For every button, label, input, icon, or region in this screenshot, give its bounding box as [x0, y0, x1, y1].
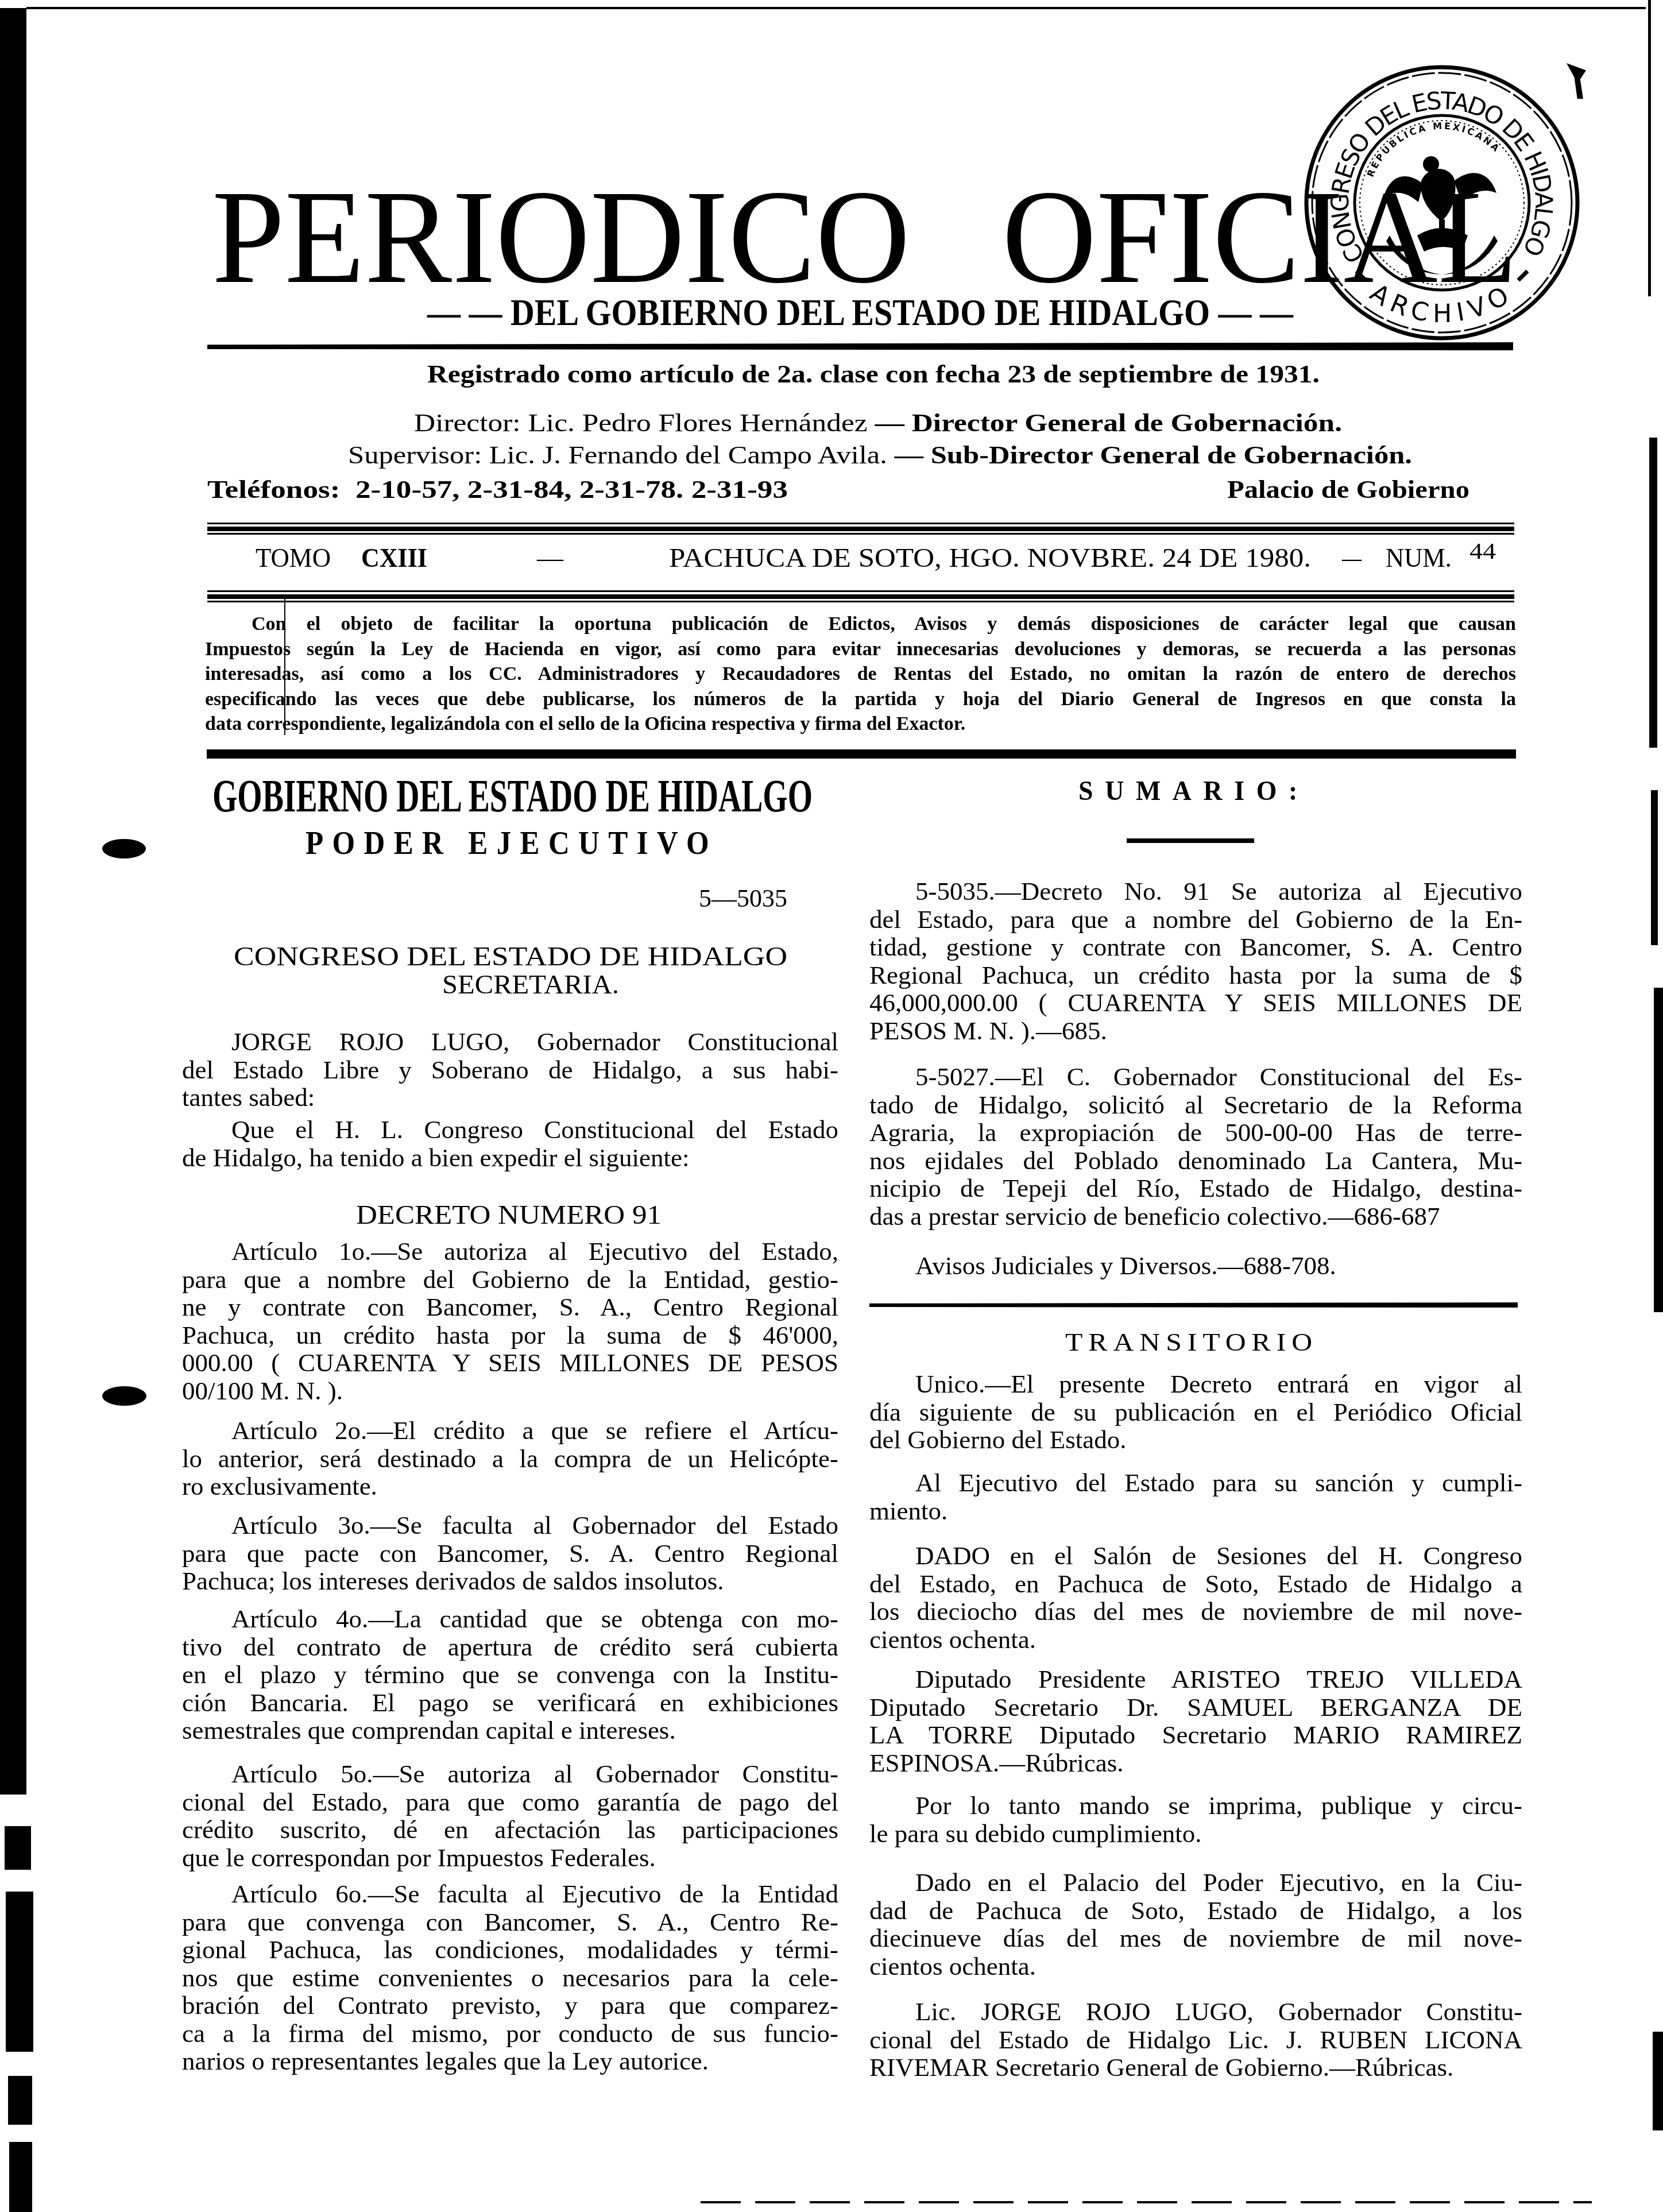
text-line: Artículo 6o.—Se faculta al Ejecutivo de … [182, 1880, 838, 1908]
text-line: le para su debido cumplimiento. [869, 1820, 1522, 1848]
article-5: Artículo 5o.—Se autoriza al Gobernador C… [182, 1760, 838, 1871]
seal-dash-right [1518, 271, 1527, 280]
section-rule [207, 749, 1516, 759]
text-line: cional del Estado de Hidalgo Lic. J. RUB… [869, 2026, 1522, 2054]
text-line: PESOS M. N. ).—685. [869, 1017, 1522, 1045]
executive-branch-heading: PODER EJECUTIVO [305, 826, 718, 860]
summary-item-expropriation: 5-5027.—El C. Gobernador Constitucional … [869, 1063, 1522, 1230]
line-text: cientos ochenta. [869, 1626, 1036, 1654]
line-text: 5-5035.—Decreto No. 91 Se autoriza al Ej… [915, 877, 1522, 906]
text-line: gional Pachuca, las condiciones, modalid… [182, 1936, 838, 1964]
transitory-article: Unico.—El presente Decreto entrará en vi… [869, 1370, 1522, 1454]
line-text: del Estado, para que a nombre del Gobier… [869, 906, 1522, 934]
line-text: del Estado, en Pachuca de Soto, Estado d… [869, 1570, 1522, 1598]
line-text: Artículo 5o.—Se autoriza al Gobernador C… [231, 1760, 838, 1788]
tomo-number: CXIII [361, 545, 427, 571]
line-text: para que pacte con Bancomer, S. A. Centr… [182, 1540, 838, 1568]
text-line: lo anterior, será destinado a la compra … [182, 1445, 838, 1473]
text-line: nicipio de Tepeji del Río, Estado de Hid… [869, 1174, 1522, 1202]
line-text: 46,000,000.00 ( CUARENTA Y SEIS MILLONES… [869, 989, 1522, 1017]
line-text: data correspondiente, legalizándola con … [205, 711, 965, 737]
line-text: Pachuca, un crédito hasta por la suma de… [182, 1321, 838, 1349]
publication-notice: Con el objeto de facilitar la oportuna p… [205, 612, 1516, 737]
text-line: Avisos Judiciales y Diversos.—688-708. [869, 1252, 1522, 1280]
line-text: tantes sabed: [182, 1084, 315, 1112]
text-line: 5-5027.—El C. Gobernador Constitucional … [869, 1063, 1522, 1091]
line-text: del Estado Libre y Soberano de Hidalgo, … [182, 1056, 838, 1084]
issuer-office: SECRETARIA. [442, 972, 619, 998]
issuer-heading: CONGRESO DEL ESTADO DE HIDALGO [234, 943, 787, 970]
line-text: 5-5027.—El C. Gobernador Constitucional … [915, 1063, 1522, 1091]
text-line: tado de Hidalgo, solicitó al Secretario … [869, 1091, 1522, 1119]
text-line: Agraria, la expropiación de 500-00-00 Ha… [869, 1119, 1522, 1147]
scan-left-edge-mark [5, 1826, 31, 1870]
line-text: das a prestar servicio de beneficio cole… [869, 1202, 1440, 1231]
text-line: Dado en el Palacio del Poder Ejecutivo, … [869, 1869, 1522, 1897]
line-text: ESPINOSA.—Rúbricas. [869, 1749, 1124, 1777]
scan-left-edge-mark [6, 1892, 33, 2052]
text-line: miento. [869, 1497, 1522, 1525]
tomo-label: TOMO [256, 545, 331, 571]
line-text: semestrales que comprendan capital e int… [182, 1716, 676, 1745]
scan-left-edge-mark [9, 2142, 32, 2212]
line-text: DADO en el Salón de Sesiones del H. Cong… [915, 1542, 1522, 1570]
text-line: cientos ochenta. [869, 1952, 1522, 1981]
line-text: Diputado Secretario Dr. SAMUEL BERGANZA … [869, 1693, 1522, 1722]
supervisor-title: — Sub-Director General de Gobernación. [895, 440, 1412, 469]
line-text: miento. [869, 1497, 947, 1525]
address: Palacio de Gobierno [1227, 477, 1469, 502]
text-line: Con el objeto de facilitar la oportuna p… [205, 612, 1516, 637]
line-text: Regional Pachuca, un crédito hasta por l… [869, 961, 1522, 989]
article-3: Artículo 3o.—Se faculta al Gobernador de… [182, 1511, 838, 1595]
text-line: DADO en el Salón de Sesiones del H. Cong… [869, 1542, 1522, 1570]
scan-right-edge-mark [1654, 988, 1663, 1312]
file-number: 5—5035 [699, 885, 787, 911]
scan-top-edge-line [26, 7, 1646, 9]
paragraph-governor-signatures: Lic. JORGE ROJO LUGO, Gobernador Constit… [869, 1998, 1522, 2082]
paragraph-publication-order: Por lo tanto mando se imprima, publique … [869, 1792, 1522, 1847]
article-4: Artículo 4o.—La cantidad que se obtenga … [182, 1605, 838, 1745]
line-text: para que convenga con Bancomer, S. A., C… [182, 1908, 838, 1936]
line-text: los dieciocho días del mes de noviembre … [869, 1598, 1522, 1626]
text-line: tivo del contrato de apertura de crédito… [182, 1633, 838, 1661]
line-text: Artículo 6o.—Se faculta al Ejecutivo de … [231, 1880, 838, 1908]
margin-ink-blot [102, 1386, 146, 1406]
line-text: nos ejidales del Poblado denominado La C… [869, 1147, 1522, 1175]
text-line: bración del Contrato previsto, y para qu… [182, 1991, 838, 2020]
text-line: ca a la firma del mismo, por conducto de… [182, 2020, 838, 2048]
text-line: Unico.—El presente Decreto entrará en vi… [869, 1370, 1522, 1398]
line-text: lo anterior, será destinado a la compra … [182, 1445, 838, 1473]
paragraph-deputies-signatures: Diputado Presidente ARISTEO TREJO VILLED… [869, 1665, 1522, 1777]
text-line: Diputado Presidente ARISTEO TREJO VILLED… [869, 1665, 1522, 1693]
line-text: Al Ejecutivo del Estado para su sanción … [915, 1469, 1522, 1497]
text-line: para que a nombre del Gobierno de la Ent… [182, 1266, 838, 1294]
line-text: JORGE ROJO LUGO, Gobernador Constitucion… [231, 1028, 838, 1056]
text-line: ción Bancaria. El pago se verificará en … [182, 1689, 838, 1717]
text-line: del Estado, en Pachuca de Soto, Estado d… [869, 1570, 1522, 1598]
text-line: Por lo tanto mando se imprima, publique … [869, 1792, 1522, 1820]
line-text: 00/100 M. N. ). [182, 1377, 343, 1405]
line-text: 000.00 ( CUARENTA Y SEIS MILLONES DE PES… [182, 1349, 838, 1377]
text-line: Lic. JORGE ROJO LUGO, Gobernador Constit… [869, 1998, 1522, 2026]
text-line: Impuestos según la Ley de Hacienda en vi… [205, 637, 1516, 662]
issue-separator: — [537, 545, 563, 571]
phones-value: 2-10-57, 2-31-84, 2-31-78. 2-31-93 [355, 475, 788, 504]
text-line: del Estado Libre y Soberano de Hidalgo, … [182, 1056, 838, 1084]
line-text: interesadas, así como a los CC. Administ… [205, 662, 1516, 687]
line-text: le para su debido cumplimiento. [869, 1820, 1202, 1848]
text-line: Pachuca; los intereses derivados de sald… [182, 1567, 838, 1595]
line-text: Avisos Judiciales y Diversos.—688-708. [915, 1252, 1336, 1280]
line-text: Artículo 1o.—Se autoriza al Ejecutivo de… [231, 1238, 838, 1266]
masthead-title-word-periodico: PERIODICO [212, 171, 910, 304]
scan-right-edge-mark [1653, 2032, 1663, 2130]
scan-right-edge-mark [1649, 438, 1657, 748]
text-line: crédito suscrito, dé en afectación las p… [182, 1816, 838, 1844]
line-text: crédito suscrito, dé en afectación las p… [182, 1816, 838, 1844]
director-line: Director: Lic. Pedro Flores Hernández — … [414, 410, 1342, 436]
line-text: Lic. JORGE ROJO LUGO, Gobernador Constit… [915, 1998, 1522, 2026]
issue-place-date: PACHUCA DE SOTO, HGO. NOVBRE. 24 DE 1980… [669, 545, 1311, 571]
line-text: Dado en el Palacio del Poder Ejecutivo, … [915, 1869, 1522, 1897]
text-line: que le correspondan por Impuestos Federa… [182, 1844, 838, 1872]
text-line: narios o representantes legales que la L… [182, 2047, 838, 2075]
line-text: nos que estime convenientes o necesarios… [182, 1964, 838, 1992]
text-line: Que el H. L. Congreso Constitucional del… [182, 1116, 838, 1144]
text-line: Artículo 4o.—La cantidad que se obtenga … [182, 1605, 838, 1633]
summary-heading: SUMARIO: [1078, 778, 1309, 805]
double-rule-bottom [207, 590, 1514, 603]
line-text: RIVEMAR Secretario General de Gobierno.—… [869, 2054, 1453, 2082]
scan-bottom-line [701, 2201, 1592, 2203]
line-text: en el plazo y término que se convenga co… [182, 1661, 838, 1689]
line-text: especificando las veces que debe publica… [205, 687, 1516, 712]
line-text: ne y contrate con Bancomer, S. A., Centr… [182, 1293, 838, 1321]
supervisor-name: Supervisor: Lic. J. Fernando del Campo A… [348, 440, 887, 469]
line-text: bración del Contrato previsto, y para qu… [182, 1991, 838, 2020]
decree-title: DECRETO NUMERO 91 [356, 1202, 662, 1228]
text-line: Diputado Secretario Dr. SAMUEL BERGANZA … [869, 1693, 1522, 1722]
phones-label: Teléfonos: [207, 475, 340, 504]
line-text: LA TORRE Diputado Secretario MARIO RAMIR… [869, 1721, 1522, 1749]
line-text: Agraria, la expropiación de 500-00-00 Ha… [869, 1119, 1522, 1147]
line-text: Impuestos según la Ley de Hacienda en vi… [205, 637, 1516, 662]
text-line: ne y contrate con Bancomer, S. A., Centr… [182, 1293, 838, 1321]
line-text: ción Bancaria. El pago se verificará en … [182, 1689, 838, 1717]
article-1: Artículo 1o.—Se autoriza al Ejecutivo de… [182, 1238, 838, 1405]
text-line: cional del Estado, para que como garantí… [182, 1788, 838, 1816]
line-text: narios o representantes legales que la L… [182, 2047, 709, 2075]
text-line: del Gobierno del Estado. [869, 1426, 1522, 1454]
text-line: 00/100 M. N. ). [182, 1377, 838, 1405]
line-text: de Hidalgo, ha tenido a bien expedir el … [182, 1144, 689, 1172]
text-line: nos que estime convenientes o necesarios… [182, 1964, 838, 1992]
registration-notice: Registrado como artículo de 2a. clase co… [427, 362, 1320, 387]
line-text: Pachuca; los intereses derivados de sald… [182, 1567, 724, 1595]
director-name: Director: Lic. Pedro Flores Hernández [414, 408, 868, 437]
line-text: tidad, gestione y contrate con Bancomer,… [869, 933, 1522, 961]
text-line: Regional Pachuca, un crédito hasta por l… [869, 961, 1522, 989]
text-line: Pachuca, un crédito hasta por la suma de… [182, 1321, 838, 1349]
margin-ink-blot [102, 839, 146, 858]
text-line: nos ejidales del Poblado denominado La C… [869, 1147, 1522, 1175]
line-text: Artículo 3o.—Se faculta al Gobernador de… [231, 1511, 838, 1540]
paragraph-sanction: Al Ejecutivo del Estado para su sanción … [869, 1469, 1522, 1525]
line-text: PESOS M. N. ).—685. [869, 1017, 1107, 1045]
supervisor-line: Supervisor: Lic. J. Fernando del Campo A… [348, 442, 1412, 468]
scan-left-edge-mark [8, 2076, 32, 2125]
text-line: de Hidalgo, ha tenido a bien expedir el … [182, 1144, 838, 1172]
text-line: ESPINOSA.—Rúbricas. [869, 1749, 1522, 1777]
text-line: Artículo 2o.—El crédito a que se refiere… [182, 1417, 838, 1445]
transitory-heading: TRANSITORIO [1065, 1330, 1318, 1355]
line-text: tado de Hidalgo, solicitó al Secretario … [869, 1091, 1522, 1119]
text-line: Artículo 3o.—Se faculta al Gobernador de… [182, 1511, 838, 1540]
text-line: diecinueve días del mes de noviembre de … [869, 1924, 1522, 1952]
summary-item-decree: 5-5035.—Decreto No. 91 Se autoriza al Ej… [869, 877, 1522, 1045]
text-line: los dieciocho días del mes de noviembre … [869, 1598, 1522, 1626]
text-line: semestrales que comprendan capital e int… [182, 1716, 838, 1745]
masthead-title-text: PERIODICO [212, 171, 910, 304]
text-line: día siguiente de su publicación en el Pe… [869, 1398, 1522, 1426]
text-line: para que convenga con Bancomer, S. A., C… [182, 1908, 838, 1936]
line-text: dad de Pachuca de Soto, Estado de Hidalg… [869, 1897, 1522, 1925]
scan-right-edge-mark [1651, 790, 1658, 945]
masthead-title-text: OFICIAL [1002, 171, 1518, 304]
line-text: diecinueve días del mes de noviembre de … [869, 1924, 1522, 1952]
line-text: gional Pachuca, las condiciones, modalid… [182, 1936, 838, 1964]
line-text: para que a nombre del Gobierno de la Ent… [182, 1266, 838, 1294]
line-text: que le correspondan por Impuestos Federa… [182, 1844, 656, 1872]
text-line: LA TORRE Diputado Secretario MARIO RAMIR… [869, 1721, 1522, 1749]
text-line: del Estado, para que a nombre del Gobier… [869, 906, 1522, 934]
text-line: Artículo 5o.—Se autoriza al Gobernador C… [182, 1760, 838, 1788]
text-line: das a prestar servicio de beneficio cole… [869, 1202, 1522, 1231]
text-line: en el plazo y término que se convenga co… [182, 1661, 838, 1689]
line-text: cientos ochenta. [869, 1952, 1036, 1981]
text-line: JORGE ROJO LUGO, Gobernador Constitucion… [182, 1028, 838, 1056]
masthead-title-word-oficial: OFICIAL [1002, 171, 1518, 304]
paragraph-given-congress: DADO en el Salón de Sesiones del H. Cong… [869, 1542, 1522, 1653]
article-2: Artículo 2o.—El crédito a que se refiere… [182, 1417, 838, 1501]
text-line: dad de Pachuca de Soto, Estado de Hidalg… [869, 1897, 1522, 1925]
line-text: Con el objeto de facilitar la oportuna p… [252, 612, 1516, 637]
text-line: ro exclusivamente. [182, 1472, 838, 1501]
summary-heading-rule [1127, 838, 1254, 843]
text-line: interesadas, así como a los CC. Administ… [205, 662, 1516, 687]
scan-left-edge-strip [0, 8, 26, 1795]
line-text: Artículo 4o.—La cantidad que se obtenga … [231, 1605, 838, 1633]
paragraph-governor-intro: JORGE ROJO LUGO, Gobernador Constitucion… [182, 1028, 838, 1112]
issue-separator: — [1342, 545, 1362, 571]
line-text: día siguiente de su publicación en el Pe… [869, 1398, 1522, 1426]
line-text: tivo del contrato de apertura de crédito… [182, 1633, 838, 1661]
issue-number-label: NUM. [1386, 545, 1452, 571]
line-text: Diputado Presidente ARISTEO TREJO VILLED… [915, 1665, 1522, 1693]
summary-item-notices: Avisos Judiciales y Diversos.—688-708. [869, 1252, 1522, 1280]
text-line: data correspondiente, legalizándola con … [205, 711, 1516, 737]
line-text: Por lo tanto mando se imprima, publique … [915, 1792, 1522, 1820]
text-line: tantes sabed: [182, 1084, 838, 1112]
text-line: tidad, gestione y contrate con Bancomer,… [869, 933, 1522, 961]
text-line: Al Ejecutivo del Estado para su sanción … [869, 1469, 1522, 1497]
paragraph-given-palace: Dado en el Palacio del Poder Ejecutivo, … [869, 1869, 1522, 1980]
line-text: del Gobierno del Estado. [869, 1426, 1126, 1454]
text-line: Artículo 1o.—Se autoriza al Ejecutivo de… [182, 1238, 838, 1266]
summary-end-rule [869, 1302, 1518, 1308]
scan-right-edge-mark [1648, 0, 1651, 296]
text-line: 46,000,000.00 ( CUARENTA Y SEIS MILLONES… [869, 989, 1522, 1017]
line-text: nicipio de Tepeji del Río, Estado de Hid… [869, 1174, 1522, 1202]
text-line: cientos ochenta. [869, 1626, 1522, 1654]
text-line: 5-5035.—Decreto No. 91 Se autoriza al Ej… [869, 877, 1522, 906]
director-title: — Director General de Gobernación. [875, 408, 1342, 437]
paragraph-congress-decree: Que el H. L. Congreso Constitucional del… [182, 1116, 838, 1171]
line-text: Artículo 2o.—El crédito a que se refiere… [231, 1417, 838, 1445]
line-text: ro exclusivamente. [182, 1472, 377, 1501]
line-text: cional del Estado de Hidalgo Lic. J. RUB… [869, 2026, 1522, 2054]
article-6: Artículo 6o.—Se faculta al Ejecutivo de … [182, 1880, 838, 2075]
text-line: especificando las veces que debe publica… [205, 687, 1516, 712]
line-text: ca a la firma del mismo, por conducto de… [182, 2020, 838, 2048]
government-heading: GOBIERNO DEL ESTADO DE HIDALGO [212, 774, 813, 819]
line-text: Unico.—El presente Decreto entrará en vi… [915, 1370, 1522, 1398]
line-text: cional del Estado, para que como garantí… [182, 1788, 838, 1816]
phone-numbers: Teléfonos: 2-10-57, 2-31-84, 2-31-78. 2-… [207, 477, 788, 502]
text-line: 000.00 ( CUARENTA Y SEIS MILLONES DE PES… [182, 1349, 838, 1377]
text-line: para que pacte con Bancomer, S. A. Centr… [182, 1540, 838, 1568]
line-text: Que el H. L. Congreso Constitucional del… [231, 1116, 838, 1144]
issue-number: 44 [1469, 540, 1496, 563]
double-rule-top [207, 523, 1514, 535]
text-line: RIVEMAR Secretario General de Gobierno.—… [869, 2054, 1522, 2082]
